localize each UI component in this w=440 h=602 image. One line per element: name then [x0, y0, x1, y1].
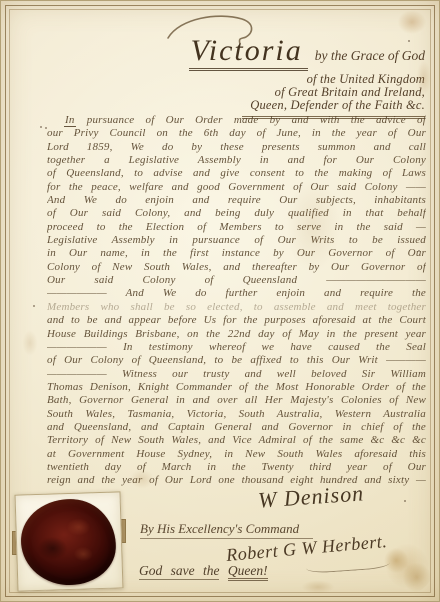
signature-flourish — [306, 557, 391, 574]
closing-motto: God save the Queen! — [139, 563, 268, 579]
manuscript-line: —————— And We do further enjoin and requ… — [47, 287, 426, 300]
underlined-lead-word: In — [64, 114, 76, 127]
manuscript-line: Bath, Governor General in and over all H… — [47, 394, 426, 407]
manuscript-line: —————— In testimony whereof we have caus… — [47, 341, 426, 354]
ink-speck — [404, 500, 406, 502]
manuscript-line: twentieth day of March in the Twenty thi… — [47, 461, 426, 474]
manuscript-line: and Queensland, and Captain General and … — [47, 421, 426, 434]
manuscript-line: —————— Witness our trusty and well belov… — [47, 368, 426, 381]
manuscript-line: In pursuance of Our Order made by and wi… — [47, 114, 426, 127]
ink-speck — [33, 305, 35, 307]
manuscript-line: of Queensland, to advise and give consen… — [47, 167, 426, 180]
royal-title: Victoria — [189, 34, 308, 71]
manuscript-line: Legislative Assembly in pursuance of Our… — [47, 234, 426, 247]
manuscript-line: And We do enjoin and require Our subject… — [47, 194, 426, 207]
manuscript-line: Colony of New South Wales, and thereafte… — [47, 261, 426, 274]
manuscript-line: House Buildings Brisbane, on the 22nd da… — [47, 328, 426, 341]
manuscript-line: at Government House Sydney, in New South… — [47, 448, 426, 461]
manuscript-line: together a Legislative Assembly in and f… — [47, 154, 426, 167]
manuscript-line: Members who shall be so elected, to asse… — [47, 301, 426, 314]
manuscript-line: our Privy Council on the 6th day of June… — [47, 127, 426, 140]
document-header: Victoriaby the Grace of God of the Unite… — [189, 34, 425, 119]
manuscript-line: Territory of New South Wales, and Vice A… — [47, 434, 426, 447]
closing-motto-emphasis: Queen! — [228, 563, 268, 581]
wax-seal — [16, 493, 122, 590]
royal-title-suffix: by the Grace of God — [315, 48, 425, 63]
manuscript-line: and to be and appear before Us for the p… — [47, 314, 426, 327]
manuscript-line: of Our Colony of Queensland, to be affix… — [47, 354, 426, 367]
header-line: Queen, Defender of the Faith &c. — [189, 99, 425, 112]
manuscript-line: of Our said Colony, and being duly quali… — [47, 207, 426, 220]
document-photo: Victoriaby the Grace of God of the Unite… — [0, 0, 440, 602]
document-body: In pursuance of Our Order made by and wi… — [47, 114, 426, 488]
manuscript-line: South Wales, Tasmania, Victoria, South A… — [47, 408, 426, 421]
manuscript-line: proceed to the Election of Members to se… — [47, 221, 426, 234]
manuscript-line: in Our name, in the first instance by Ou… — [47, 247, 426, 260]
manuscript-line: Thomas Denison, Knight Commander of the … — [47, 381, 426, 394]
royal-title-row: Victoriaby the Grace of God — [189, 34, 425, 73]
manuscript-line: reign and the year of Our Lord one thous… — [47, 474, 426, 487]
closing-motto-lead: God save the — [139, 563, 219, 580]
command-line: By His Excellency's Command — [140, 521, 313, 539]
ink-speck — [40, 126, 42, 128]
manuscript-line: Lord 1859, We do by these presents summo… — [47, 141, 426, 154]
foxing-stain — [380, 538, 434, 594]
foxing-stain — [296, 578, 340, 596]
wax-seal-texture — [28, 505, 109, 580]
foxing-stain — [20, 326, 40, 360]
manuscript-line: Our said Colony of Queensland —————————— — [47, 274, 426, 287]
manuscript-line: for the peace, welfare and good Governme… — [47, 181, 426, 194]
